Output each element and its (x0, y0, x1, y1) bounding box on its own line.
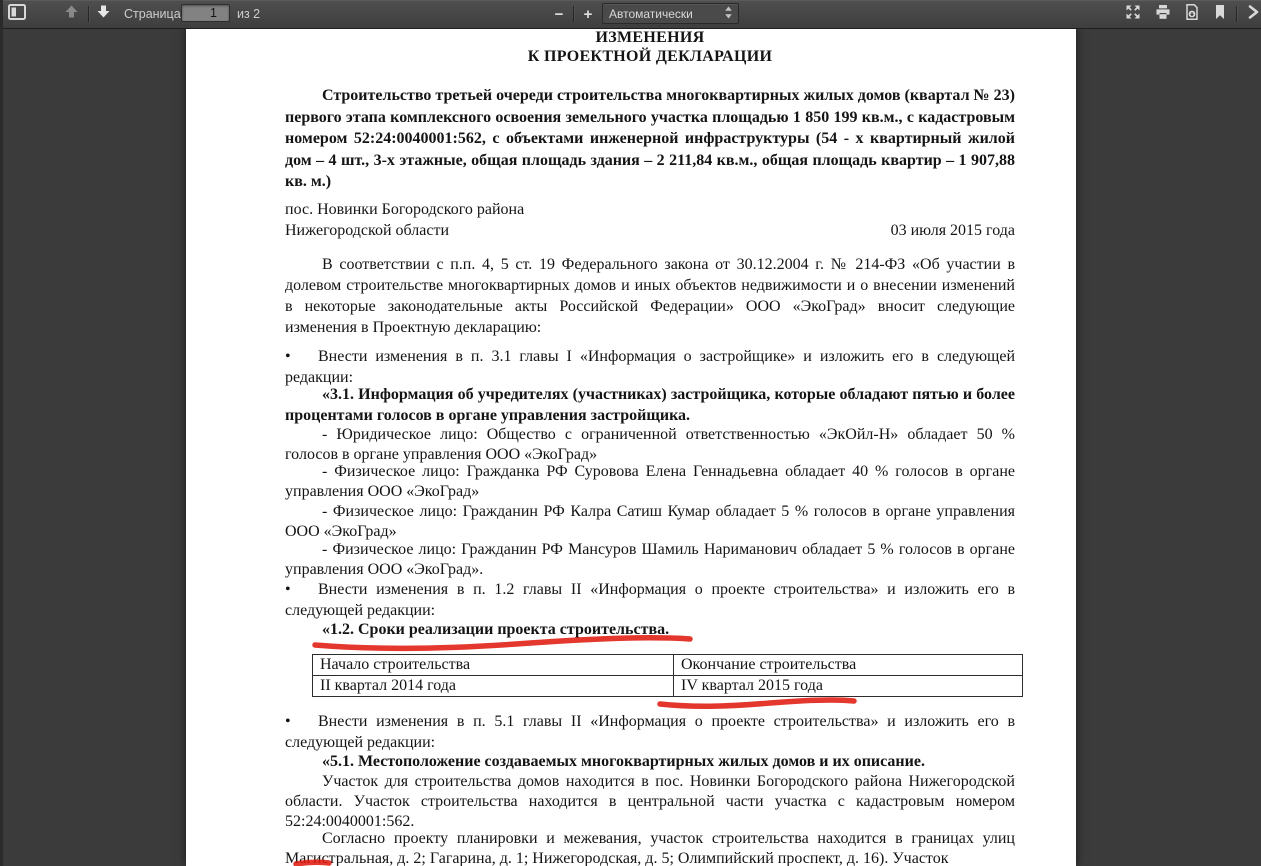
next-page-button[interactable] (92, 3, 114, 25)
zoom-scale-value: Автоматически (609, 7, 693, 21)
plus-icon: + (584, 6, 593, 23)
page-label: Страница: (124, 0, 184, 28)
page-count-label: из 2 (237, 0, 260, 28)
toolbar-separator (573, 6, 574, 22)
location-paragraph: Участок для строительства домов находитс… (285, 772, 1015, 832)
document-title: ИЗМЕНЕНИЯ К ПРОЕКТНОЙ ДЕКЛАРАЦИИ (285, 28, 1015, 66)
title-line-2: К ПРОЕКТНОЙ ДЕКЛАРАЦИИ (285, 47, 1015, 66)
founder-item-4: - Физическое лицо: Гражданин РФ Мансуров… (285, 540, 1015, 580)
download-icon (1184, 4, 1200, 25)
construction-dates-table: Начало строительства Окончание строитель… (312, 654, 1023, 697)
arrow-up-icon (64, 4, 79, 24)
bullet-glyph: • (285, 347, 318, 368)
bullet-paragraph-3: •Внести изменения в п. 5.1 главы II «Инф… (285, 712, 1015, 753)
section-1-2-heading: «1.2. Сроки реализации проекта строитель… (285, 620, 1015, 641)
download-button[interactable] (1181, 3, 1203, 25)
bullet-3-text: Внести изменения в п. 5.1 главы II «Инфо… (285, 713, 1015, 751)
zoom-out-button[interactable]: − (548, 3, 570, 25)
bullet-paragraph-1: •Внести изменения в п. 3.1 главы I «Инфо… (285, 347, 1015, 388)
sidebar-toggle-icon (8, 4, 26, 25)
bullet-glyph: • (285, 712, 318, 733)
table-header-row: Начало строительства Окончание строитель… (313, 655, 1023, 676)
section-5-1-heading: «5.1. Местоположение создаваемых многокв… (285, 752, 1015, 773)
table-cell-end-value: IV квартал 2015 года (674, 676, 1023, 697)
window-left-edge (0, 0, 3, 866)
table-header-end: Окончание строительства (674, 655, 1023, 676)
arrow-down-icon (96, 4, 111, 24)
table-header-start: Начало строительства (313, 655, 674, 676)
bullet-glyph: • (285, 580, 318, 601)
law-paragraph: В соответствии с п.п. 4, 5 ст. 19 Федера… (285, 254, 1015, 338)
toolbar-separator (1236, 6, 1237, 22)
table-row: II квартал 2014 года IV квартал 2015 год… (313, 676, 1023, 697)
title-line-1: ИЗМЕНЕНИЯ (285, 28, 1015, 47)
pdf-page: ИЗМЕНЕНИЯ К ПРОЕКТНОЙ ДЕКЛАРАЦИИ Строите… (186, 28, 1076, 866)
sidebar-toggle-button[interactable] (6, 3, 28, 25)
page-number-input[interactable] (181, 4, 230, 22)
table-cell-start-value: II квартал 2014 года (313, 676, 674, 697)
red-underline-q4-2015-stroke (660, 700, 854, 706)
previous-page-button[interactable] (60, 3, 82, 25)
place-line-1: пос. Новинки Богородского района (285, 199, 1015, 220)
place-line-2: Нижегородской области (285, 220, 449, 241)
founder-item-2: - Физическое лицо: Гражданка РФ Суровова… (285, 462, 1015, 502)
bullet-1-text: Внести изменения в п. 3.1 главы I «Инфор… (285, 348, 1015, 386)
streets-paragraph: Согласно проекту планировки и межевания,… (285, 829, 1015, 866)
place-date-block: пос. Новинки Богородского района Нижегор… (285, 199, 1015, 241)
bullet-paragraph-2: •Внести изменения в п. 1.2 главы II «Инф… (285, 580, 1015, 621)
presentation-mode-icon (1125, 4, 1141, 25)
bookmark-button[interactable] (1209, 3, 1231, 25)
bullet-2-text: Внести изменения в п. 1.2 главы II «Инфо… (285, 581, 1015, 619)
presentation-mode-button[interactable] (1122, 3, 1144, 25)
bookmark-icon (1213, 4, 1227, 25)
section-3-1-heading: «3.1. Информация об учредителях (участни… (285, 385, 1015, 426)
zoom-scale-select[interactable]: Автоматически (602, 3, 739, 24)
founder-item-1: - Юридическое лицо: Общество с ограничен… (285, 425, 1015, 465)
toolbar-separator (88, 6, 89, 22)
document-date: 03 июля 2015 года (891, 220, 1015, 241)
minus-icon: − (555, 6, 564, 23)
zoom-in-button[interactable]: + (577, 3, 599, 25)
print-button[interactable] (1152, 3, 1174, 25)
pdf-viewer-toolbar: Страница: из 2 − + Автоматически (0, 0, 1261, 29)
founder-item-3: - Физическое лицо: Гражданин РФ Калра Са… (285, 502, 1015, 542)
intro-paragraph: Строительство третьей очереди строительс… (285, 85, 1015, 193)
chevron-right-icon (1246, 4, 1261, 25)
select-spinner-icon (725, 6, 732, 22)
print-icon (1155, 4, 1171, 25)
more-tools-button[interactable] (1243, 3, 1261, 25)
